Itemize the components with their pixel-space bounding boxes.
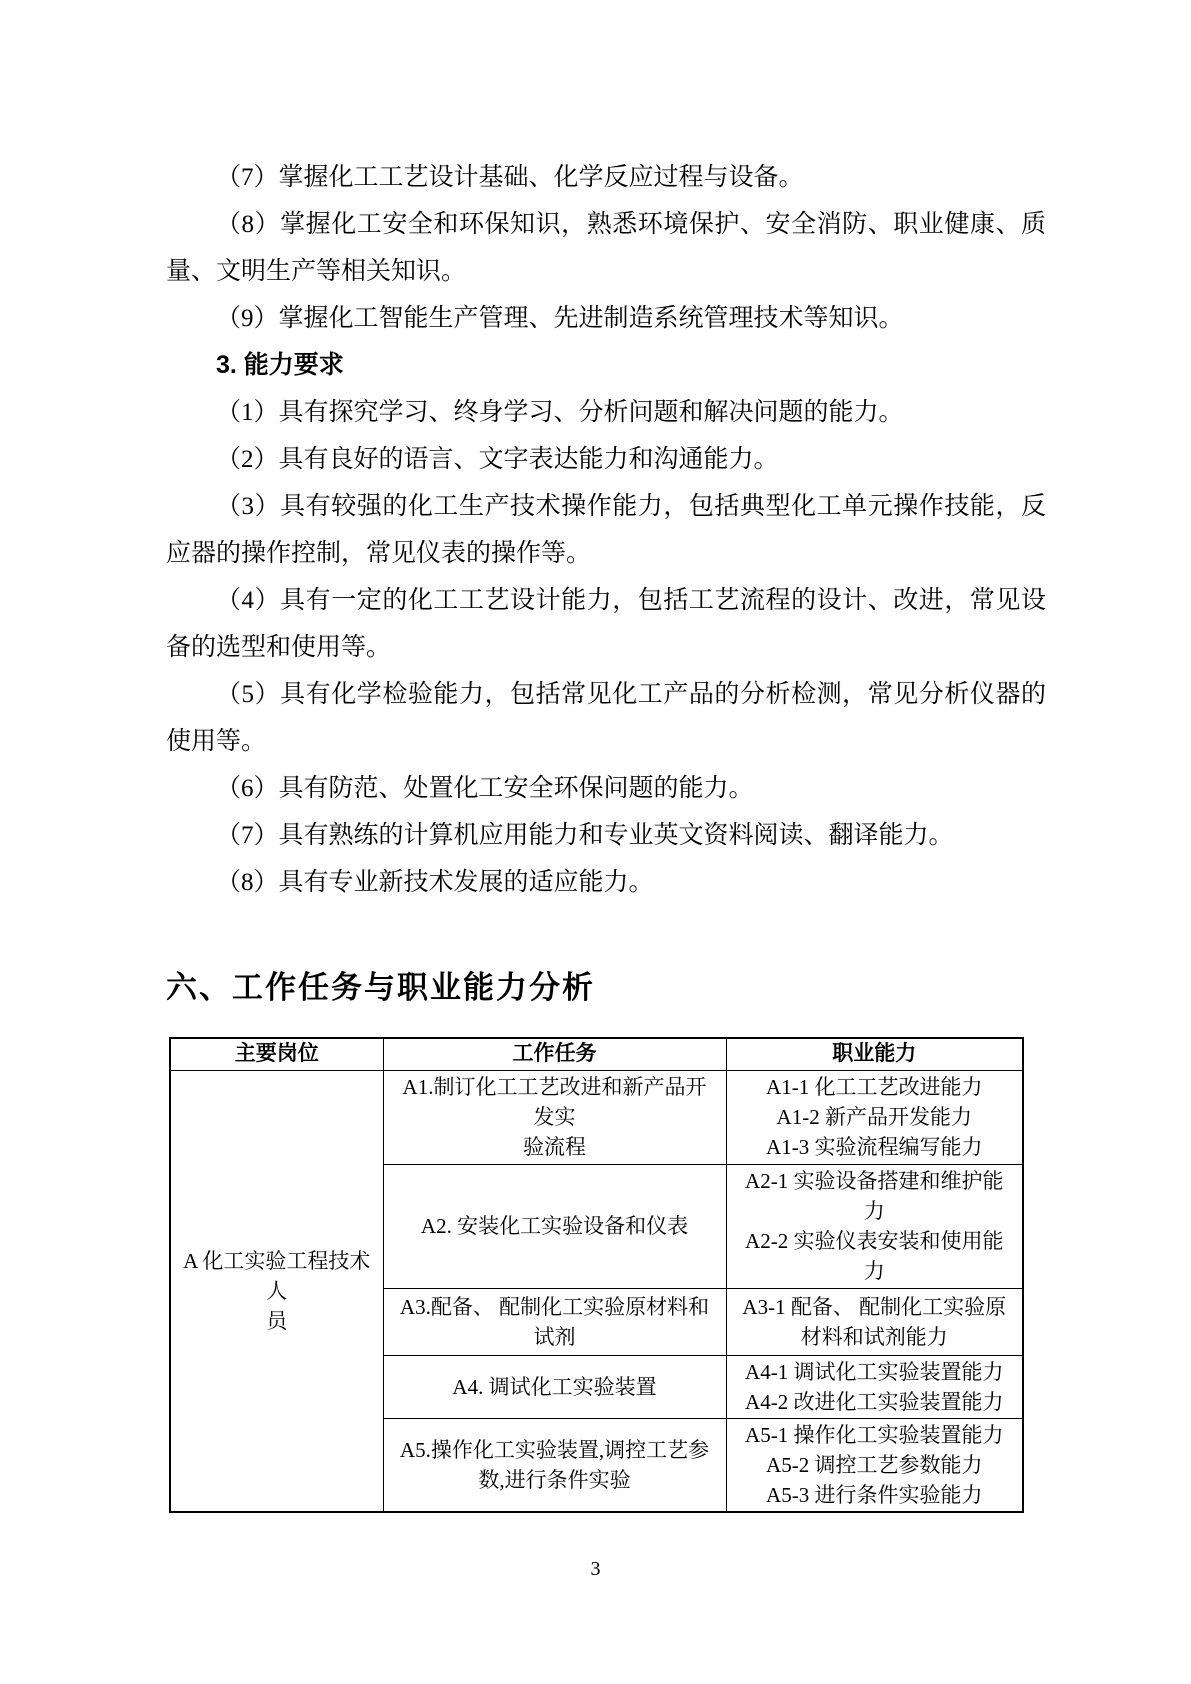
- body-text: （7）掌握化工工艺设计基础、化学反应过程与设备。 （8）掌握化工安全和环保知识，…: [166, 0, 1046, 906]
- task-cell: A1.制订化工工艺改进和新产品开 发实 验流程: [383, 1070, 726, 1164]
- document-page: （7）掌握化工工艺设计基础、化学反应过程与设备。 （8）掌握化工安全和环保知识，…: [0, 0, 1191, 1684]
- ability-cell: A5-1 操作化工实验装置能力 A5-2 调控工艺参数能力 A5-3 进行条件实…: [726, 1418, 1023, 1512]
- ability-cell: A1-1 化工工艺改进能力 A1-2 新产品开发能力 A1-3 实验流程编写能力: [726, 1070, 1023, 1164]
- body-paragraph: （8）掌握化工安全和环保知识，熟悉环境保护、安全消防、职业健康、质量、文明生产等…: [166, 201, 1046, 295]
- analysis-table: 主要岗位 工作任务 职业能力 A 化工实验工程技术人 员 A1.制订化工工艺改进…: [169, 1037, 1024, 1513]
- section-heading: 六、工作任务与职业能力分析: [166, 966, 1191, 1010]
- body-paragraph: （8）具有专业新技术发展的适应能力。: [166, 859, 1046, 906]
- task-cell: A5.操作化工实验装置,调控工艺参 数,进行条件实验: [383, 1418, 726, 1512]
- body-paragraph: （2）具有良好的语言、文字表达能力和沟通能力。: [166, 436, 1046, 483]
- body-paragraph: （4）具有一定的化工工艺设计能力，包括工艺流程的设计、改进，常见设备的选型和使用…: [166, 577, 1046, 671]
- ability-cell: A4-1 调试化工实验装置能力 A4-2 改进化工实验装置能力: [726, 1355, 1023, 1418]
- task-cell: A3.配备、 配制化工实验原材料和 试剂: [383, 1288, 726, 1355]
- table-header-row: 主要岗位 工作任务 职业能力: [170, 1038, 1023, 1070]
- column-header-ability: 职业能力: [726, 1038, 1023, 1070]
- body-paragraph: （1）具有探究学习、终身学习、分析问题和解决问题的能力。: [166, 389, 1046, 436]
- body-paragraph: （3）具有较强的化工生产技术操作能力，包括典型化工单元操作技能，反应器的操作控制…: [166, 483, 1046, 577]
- task-cell: A2. 安装化工实验设备和仪表: [383, 1164, 726, 1288]
- position-cell: A 化工实验工程技术人 员: [170, 1070, 383, 1512]
- body-paragraph: （9）掌握化工智能生产管理、先进制造系统管理技术等知识。: [166, 295, 1046, 342]
- ability-cell: A3-1 配备、 配制化工实验原 材料和试剂能力: [726, 1288, 1023, 1355]
- page-number: 3: [0, 1558, 1191, 1580]
- column-header-position: 主要岗位: [170, 1038, 383, 1070]
- table-row: A 化工实验工程技术人 员 A1.制订化工工艺改进和新产品开 发实 验流程 A1…: [170, 1070, 1023, 1164]
- body-paragraph: （5）具有化学检验能力，包括常见化工产品的分析检测，常见分析仪器的使用等。: [166, 671, 1046, 765]
- body-paragraph: （7）具有熟练的计算机应用能力和专业英文资料阅读、翻译能力。: [166, 812, 1046, 859]
- body-paragraph: （7）掌握化工工艺设计基础、化学反应过程与设备。: [166, 154, 1046, 201]
- column-header-task: 工作任务: [383, 1038, 726, 1070]
- task-cell: A4. 调试化工实验装置: [383, 1355, 726, 1418]
- ability-cell: A2-1 实验设备搭建和维护能 力 A2-2 实验仪表安装和使用能 力: [726, 1164, 1023, 1288]
- body-paragraph: （6）具有防范、处置化工安全环保问题的能力。: [166, 765, 1046, 812]
- subsection-heading: 3. 能力要求: [166, 342, 1046, 389]
